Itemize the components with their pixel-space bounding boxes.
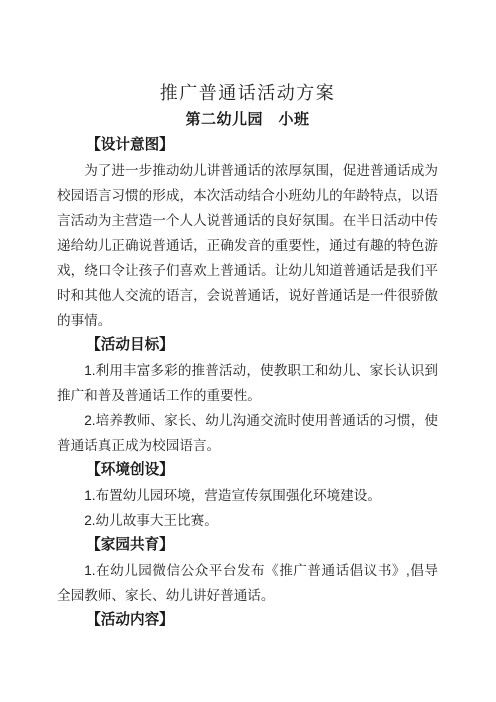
section-heading: 【活动内容】 (57, 608, 438, 633)
section-heading: 【环境创设】 (57, 458, 438, 483)
document-page: 推广普通话活动方案 第二幼儿园 小班 【设计意图】为了进一步推动幼儿讲普通话的浓… (0, 0, 496, 702)
section-heading: 【设计意图】 (57, 133, 438, 158)
paragraph: 1.利用丰富多彩的推普活动，使教职工和幼儿、家长认识到推广和普及普通话工作的重要… (57, 358, 438, 408)
document-body: 【设计意图】为了进一步推动幼儿讲普通话的浓厚氛围，促进普通话成为校园语言习惯的形… (57, 133, 438, 633)
paragraph: 2.培养教师、家长、幼儿沟通交流时使用普通话的习惯，使普通话真正成为校园语言。 (57, 408, 438, 458)
paragraph: 2.幼儿故事大王比赛。 (57, 508, 438, 533)
paragraph: 为了进一步推动幼儿讲普通话的浓厚氛围，促进普通话成为校园语言习惯的形成，本次活动… (57, 158, 438, 333)
paragraph: 1.布置幼儿园环境，营造宣传氛围强化环境建设。 (57, 483, 438, 508)
section-heading: 【活动目标】 (57, 333, 438, 358)
document-subtitle: 第二幼儿园 小班 (57, 106, 438, 133)
section-heading: 【家园共育】 (57, 533, 438, 558)
paragraph: 1.在幼儿园微信公众平台发布《推广普通话倡议书》,倡导全园教师、家长、幼儿讲好普… (57, 558, 438, 608)
document-title: 推广普通话活动方案 (57, 80, 438, 106)
